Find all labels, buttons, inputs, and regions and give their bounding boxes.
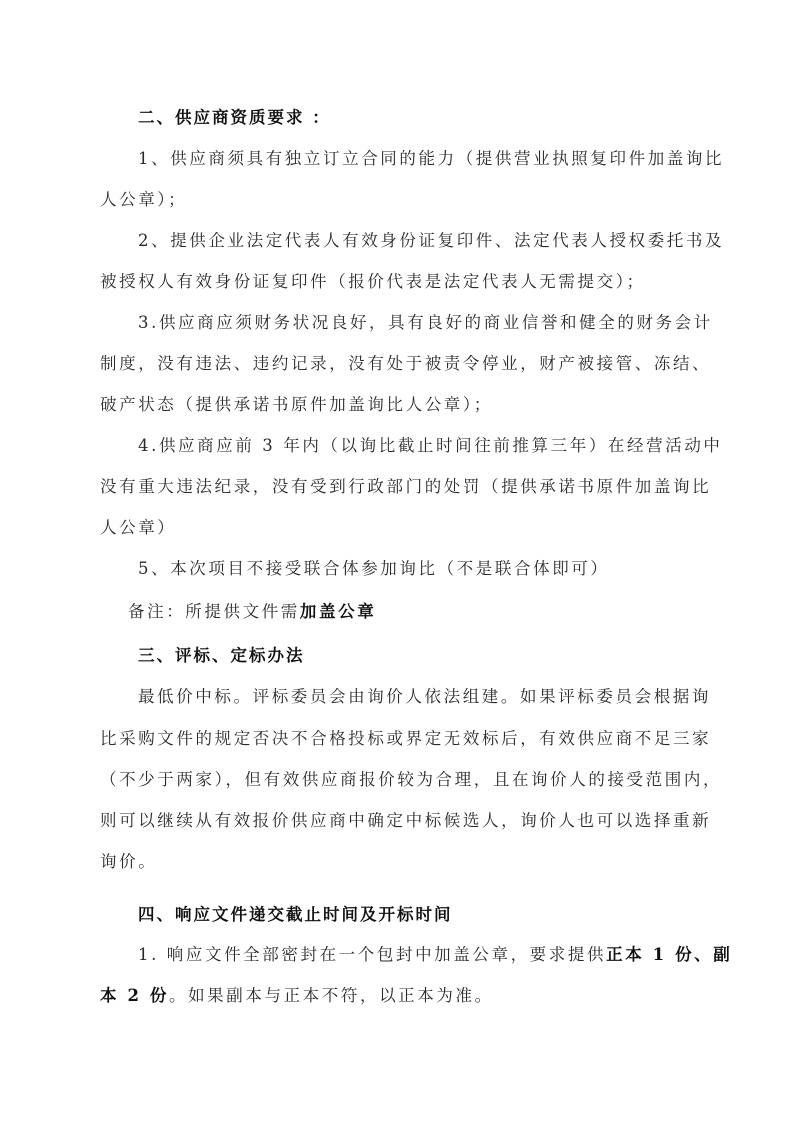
section-2-heading: 二、供应商资质要求 ： (138, 108, 331, 128)
section-3-line-3: （不少于两家），但有效供应商报价较为合理，且在询价人的接受范围内， (100, 770, 722, 790)
item-4-line-3: 人公章） (100, 518, 176, 538)
item-1-line-2-bold: 本 2 份 (100, 986, 169, 1005)
section-4-item-1-line-2: 本 2 份。如果副本与正本不符，以正本为准。 (100, 986, 494, 1006)
item-1-line-2-normal: 。如果副本与正本不符，以正本为准。 (169, 986, 494, 1005)
section-3-line-5: 询价。 (100, 852, 157, 872)
section-3-line-2: 比采购文件的规定否决不合格投标或界定无效标后，有效供应商不足三家 (100, 729, 711, 749)
item-1-line-1: 1、供应商须具有独立订立合同的能力（提供营业执照复印件加盖询比 (138, 149, 724, 169)
item-2-line-2: 被授权人有效身份证复印件（报价代表是法定代表人无需提交）； (100, 272, 646, 292)
item-3-line-3: 破产状态（提供承诺书原件加盖询比人公章）； (100, 395, 493, 415)
section-3-line-1: 最低价中标。评标委员会由询价人依法组建。如果评标委员会根据询 (138, 687, 711, 707)
item-5-line-1: 5、本次项目不接受联合体参加询比（不是联合体即可） (138, 559, 610, 579)
item-4-line-1: 4.供应商应前 3 年内（以询比截止时间往前推算三年）在经营活动中 (138, 436, 723, 456)
document-page: 二、供应商资质要求 ： 1、供应商须具有独立订立合同的能力（提供营业执照复印件加… (0, 0, 793, 1122)
item-1-line-2: 人公章）； (100, 190, 187, 210)
item-1-bold: 正本 1 份、副 (606, 945, 732, 964)
item-2-line-1: 2、提供企业法定代表人有效身份证复印件、法定代表人授权委托书及 (138, 231, 724, 251)
item-3-line-2: 制度，没有违法、违约记录，没有处于被责令停业，财产被接管、冻结、 (100, 354, 711, 374)
section-4-heading: 四、响应文件递交截止时间及开标时间 (138, 905, 453, 925)
section-3-heading: 三、评标、定标办法 (138, 646, 305, 666)
note-line: 备注：所提供文件需加盖公章 (128, 602, 376, 622)
note-bold: 加盖公章 (300, 602, 376, 621)
item-4-line-2: 没有重大违法纪录，没有受到行政部门的处罚（提供承诺书原件加盖询比 (100, 477, 711, 497)
note-prefix: 备注：所提供文件需 (128, 602, 300, 621)
section-3-line-4: 则可以继续从有效报价供应商中确定中标候选人，询价人也可以选择重新 (100, 811, 711, 831)
item-3-line-1: 3.供应商应须财务状况良好，具有良好的商业信誉和健全的财务会计 (138, 313, 713, 333)
item-1-normal: 1. 响应文件全部密封在一个包封中加盖公章，要求提供 (138, 945, 606, 964)
section-4-item-1-line-1: 1. 响应文件全部密封在一个包封中加盖公章，要求提供正本 1 份、副 (138, 945, 732, 965)
